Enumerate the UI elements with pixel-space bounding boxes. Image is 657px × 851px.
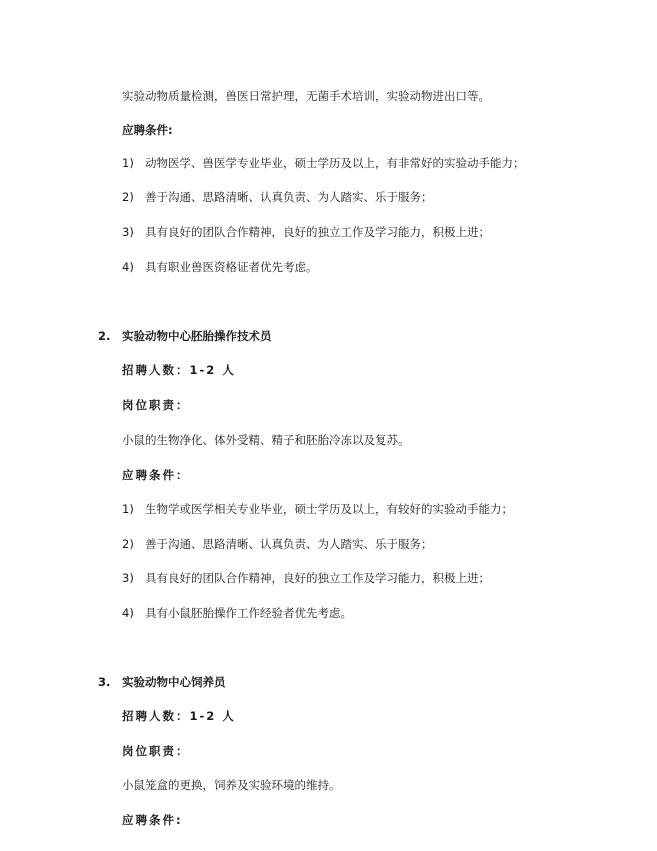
list-number: 3) <box>122 224 145 240</box>
section3-heading: 3.实验动物中心饲养员 <box>98 674 226 690</box>
list-text: 具有良好的团队合作精神，良好的独立工作及学习能力，积极上进； <box>145 571 490 585</box>
section2-requirement-2: 2)善于沟通、思路清晰、认真负责、为人踏实、乐于服务； <box>122 536 433 552</box>
list-number: 3) <box>122 570 145 586</box>
section3-duty-text: 小鼠笼盒的更换，饲养及实验环境的维持。 <box>122 777 341 793</box>
list-text: 生物学或医学相关专业毕业，硕士学历及以上，有较好的实验动手能力； <box>145 502 513 516</box>
section2-duty-text: 小鼠的生物净化、体外受精、精子和胚胎冷冻以及复苏。 <box>122 432 410 448</box>
list-text: 善于沟通、思路清晰、认真负责、为人踏实、乐于服务； <box>145 190 433 204</box>
list-number: 4) <box>122 605 145 621</box>
list-number: 1) <box>122 155 145 171</box>
section2-heading: 2.实验动物中心胚胎操作技术员 <box>98 328 272 344</box>
section2-headcount: 招聘人数：1-2 人 <box>122 362 236 378</box>
section1-requirements-label: 应聘条件: <box>122 122 173 138</box>
section1-requirement-3: 3)具有良好的团队合作精神，良好的独立工作及学习能力，积极上进； <box>122 224 490 240</box>
list-number: 1) <box>122 501 145 517</box>
section2-duties-label: 岗位职责： <box>122 397 190 413</box>
section2-requirement-3: 3)具有良好的团队合作精神，良好的独立工作及学习能力，积极上进； <box>122 570 490 586</box>
section-title: 实验动物中心饲养员 <box>122 675 226 689</box>
section3-headcount: 招聘人数：1-2 人 <box>122 708 236 724</box>
list-text: 具有小鼠胚胎操作工作经验者优先考虑。 <box>145 606 352 620</box>
section2-requirement-4: 4)具有小鼠胚胎操作工作经验者优先考虑。 <box>122 605 352 621</box>
section2-requirement-1: 1)生物学或医学相关专业毕业，硕士学历及以上，有较好的实验动手能力； <box>122 501 513 517</box>
section-number: 3. <box>98 674 122 690</box>
section-number: 2. <box>98 328 122 344</box>
section2-requirements-label: 应聘条件： <box>122 467 190 483</box>
list-number: 2) <box>122 189 145 205</box>
section1-duty-text: 实验动物质量检测，兽医日常护理，无菌手术培训，实验动物进出口等。 <box>122 88 490 104</box>
section3-requirements-label: 应聘条件: <box>122 812 183 828</box>
section1-requirement-4: 4)具有职业兽医资格证者优先考虑。 <box>122 259 318 275</box>
list-text: 具有良好的团队合作精神，良好的独立工作及学习能力，积极上进； <box>145 225 490 239</box>
section1-requirement-2: 2)善于沟通、思路清晰、认真负责、为人踏实、乐于服务； <box>122 189 433 205</box>
section-title: 实验动物中心胚胎操作技术员 <box>122 329 272 343</box>
section1-requirement-1: 1)动物医学、兽医学专业毕业，硕士学历及以上，有非常好的实验动手能力； <box>122 155 525 171</box>
list-number: 2) <box>122 536 145 552</box>
list-text: 善于沟通、思路清晰、认真负责、为人踏实、乐于服务； <box>145 537 433 551</box>
list-number: 4) <box>122 259 145 275</box>
list-text: 动物医学、兽医学专业毕业，硕士学历及以上，有非常好的实验动手能力； <box>145 156 525 170</box>
list-text: 具有职业兽医资格证者优先考虑。 <box>145 260 318 274</box>
section3-duties-label: 岗位职责： <box>122 743 190 759</box>
